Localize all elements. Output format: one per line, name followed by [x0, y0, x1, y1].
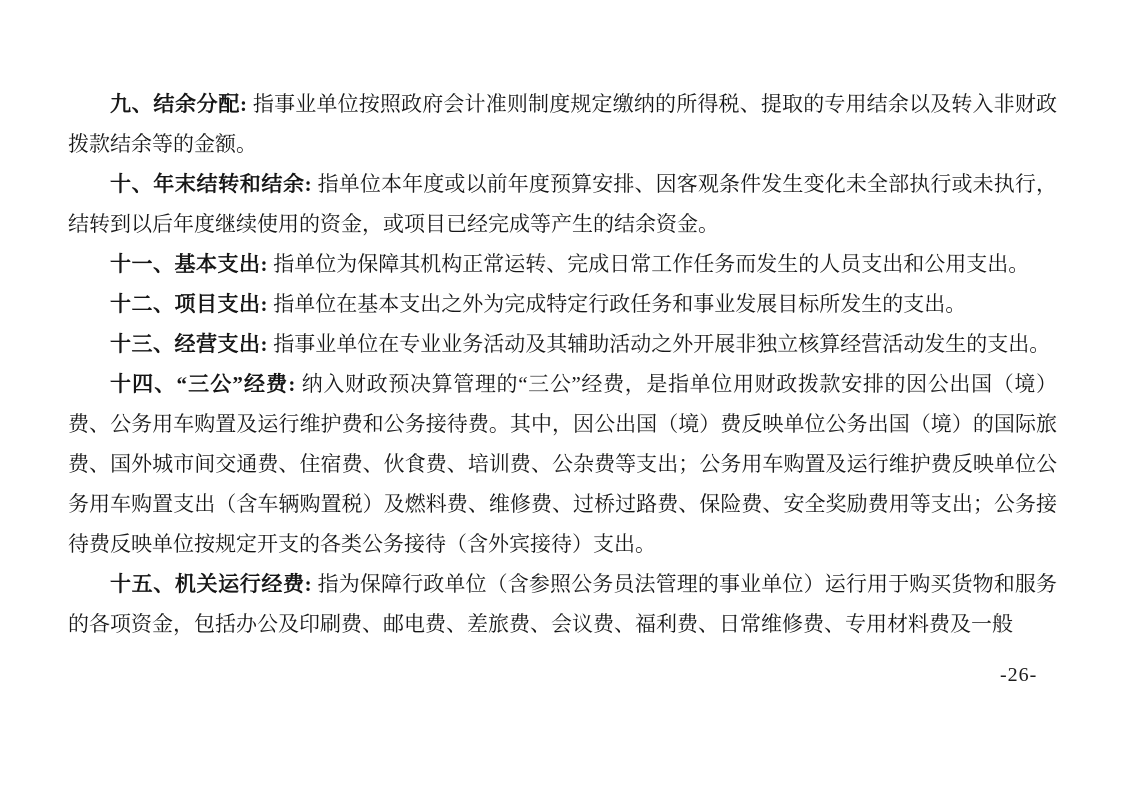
term-label: 十三、经营支出:	[110, 332, 268, 356]
paragraph-three-public-funds: 十四、“三公”经费: 纳入财政预决算管理的“三公”经费，是指单位用财政拨款安排的…	[68, 364, 1057, 564]
term-label: 九、结余分配:	[110, 92, 247, 116]
paragraph-yearend-carryover: 十、年末结转和结余: 指单位本年度或以前年度预算安排、因客观条件发生变化未全部执…	[68, 164, 1057, 244]
term-label: 十四、“三公”经费:	[110, 372, 296, 396]
term-definition: 指事业单位在专业业务活动及其辅助活动之外开展非独立核算经营活动发生的支出。	[273, 332, 1050, 356]
paragraph-basic-expenditure: 十一、基本支出: 指单位为保障其机构正常运转、完成日常工作任务而发生的人员支出和…	[68, 244, 1057, 284]
document-body: 九、结余分配: 指事业单位按照政府会计准则制度规定缴纳的所得税、提取的专用结余以…	[68, 84, 1057, 644]
paragraph-agency-operating-funds: 十五、机关运行经费: 指为保障行政单位（含参照公务员法管理的事业单位）运行用于购…	[68, 564, 1057, 644]
term-definition: 指单位为保障其机构正常运转、完成日常工作任务而发生的人员支出和公用支出。	[273, 252, 1029, 276]
term-label: 十、年末结转和结余:	[110, 172, 312, 196]
paragraph-surplus-distribution: 九、结余分配: 指事业单位按照政府会计准则制度规定缴纳的所得税、提取的专用结余以…	[68, 84, 1057, 164]
paragraph-project-expenditure: 十二、项目支出: 指单位在基本支出之外为完成特定行政任务和事业发展目标所发生的支…	[68, 284, 1057, 324]
page-number: -26-	[1000, 663, 1037, 687]
document-page: 九、结余分配: 指事业单位按照政府会计准则制度规定缴纳的所得税、提取的专用结余以…	[0, 0, 1122, 793]
term-definition: 指单位在基本支出之外为完成特定行政任务和事业发展目标所发生的支出。	[273, 292, 966, 316]
paragraph-operating-expenditure: 十三、经营支出: 指事业单位在专业业务活动及其辅助活动之外开展非独立核算经营活动…	[68, 324, 1057, 364]
term-definition: 纳入财政预决算管理的“三公”经费，是指单位用财政拨款安排的因公出国（境）费、公务…	[68, 372, 1057, 556]
term-label: 十一、基本支出:	[110, 252, 268, 276]
term-label: 十五、机关运行经费:	[110, 572, 312, 596]
term-label: 十二、项目支出:	[110, 292, 268, 316]
